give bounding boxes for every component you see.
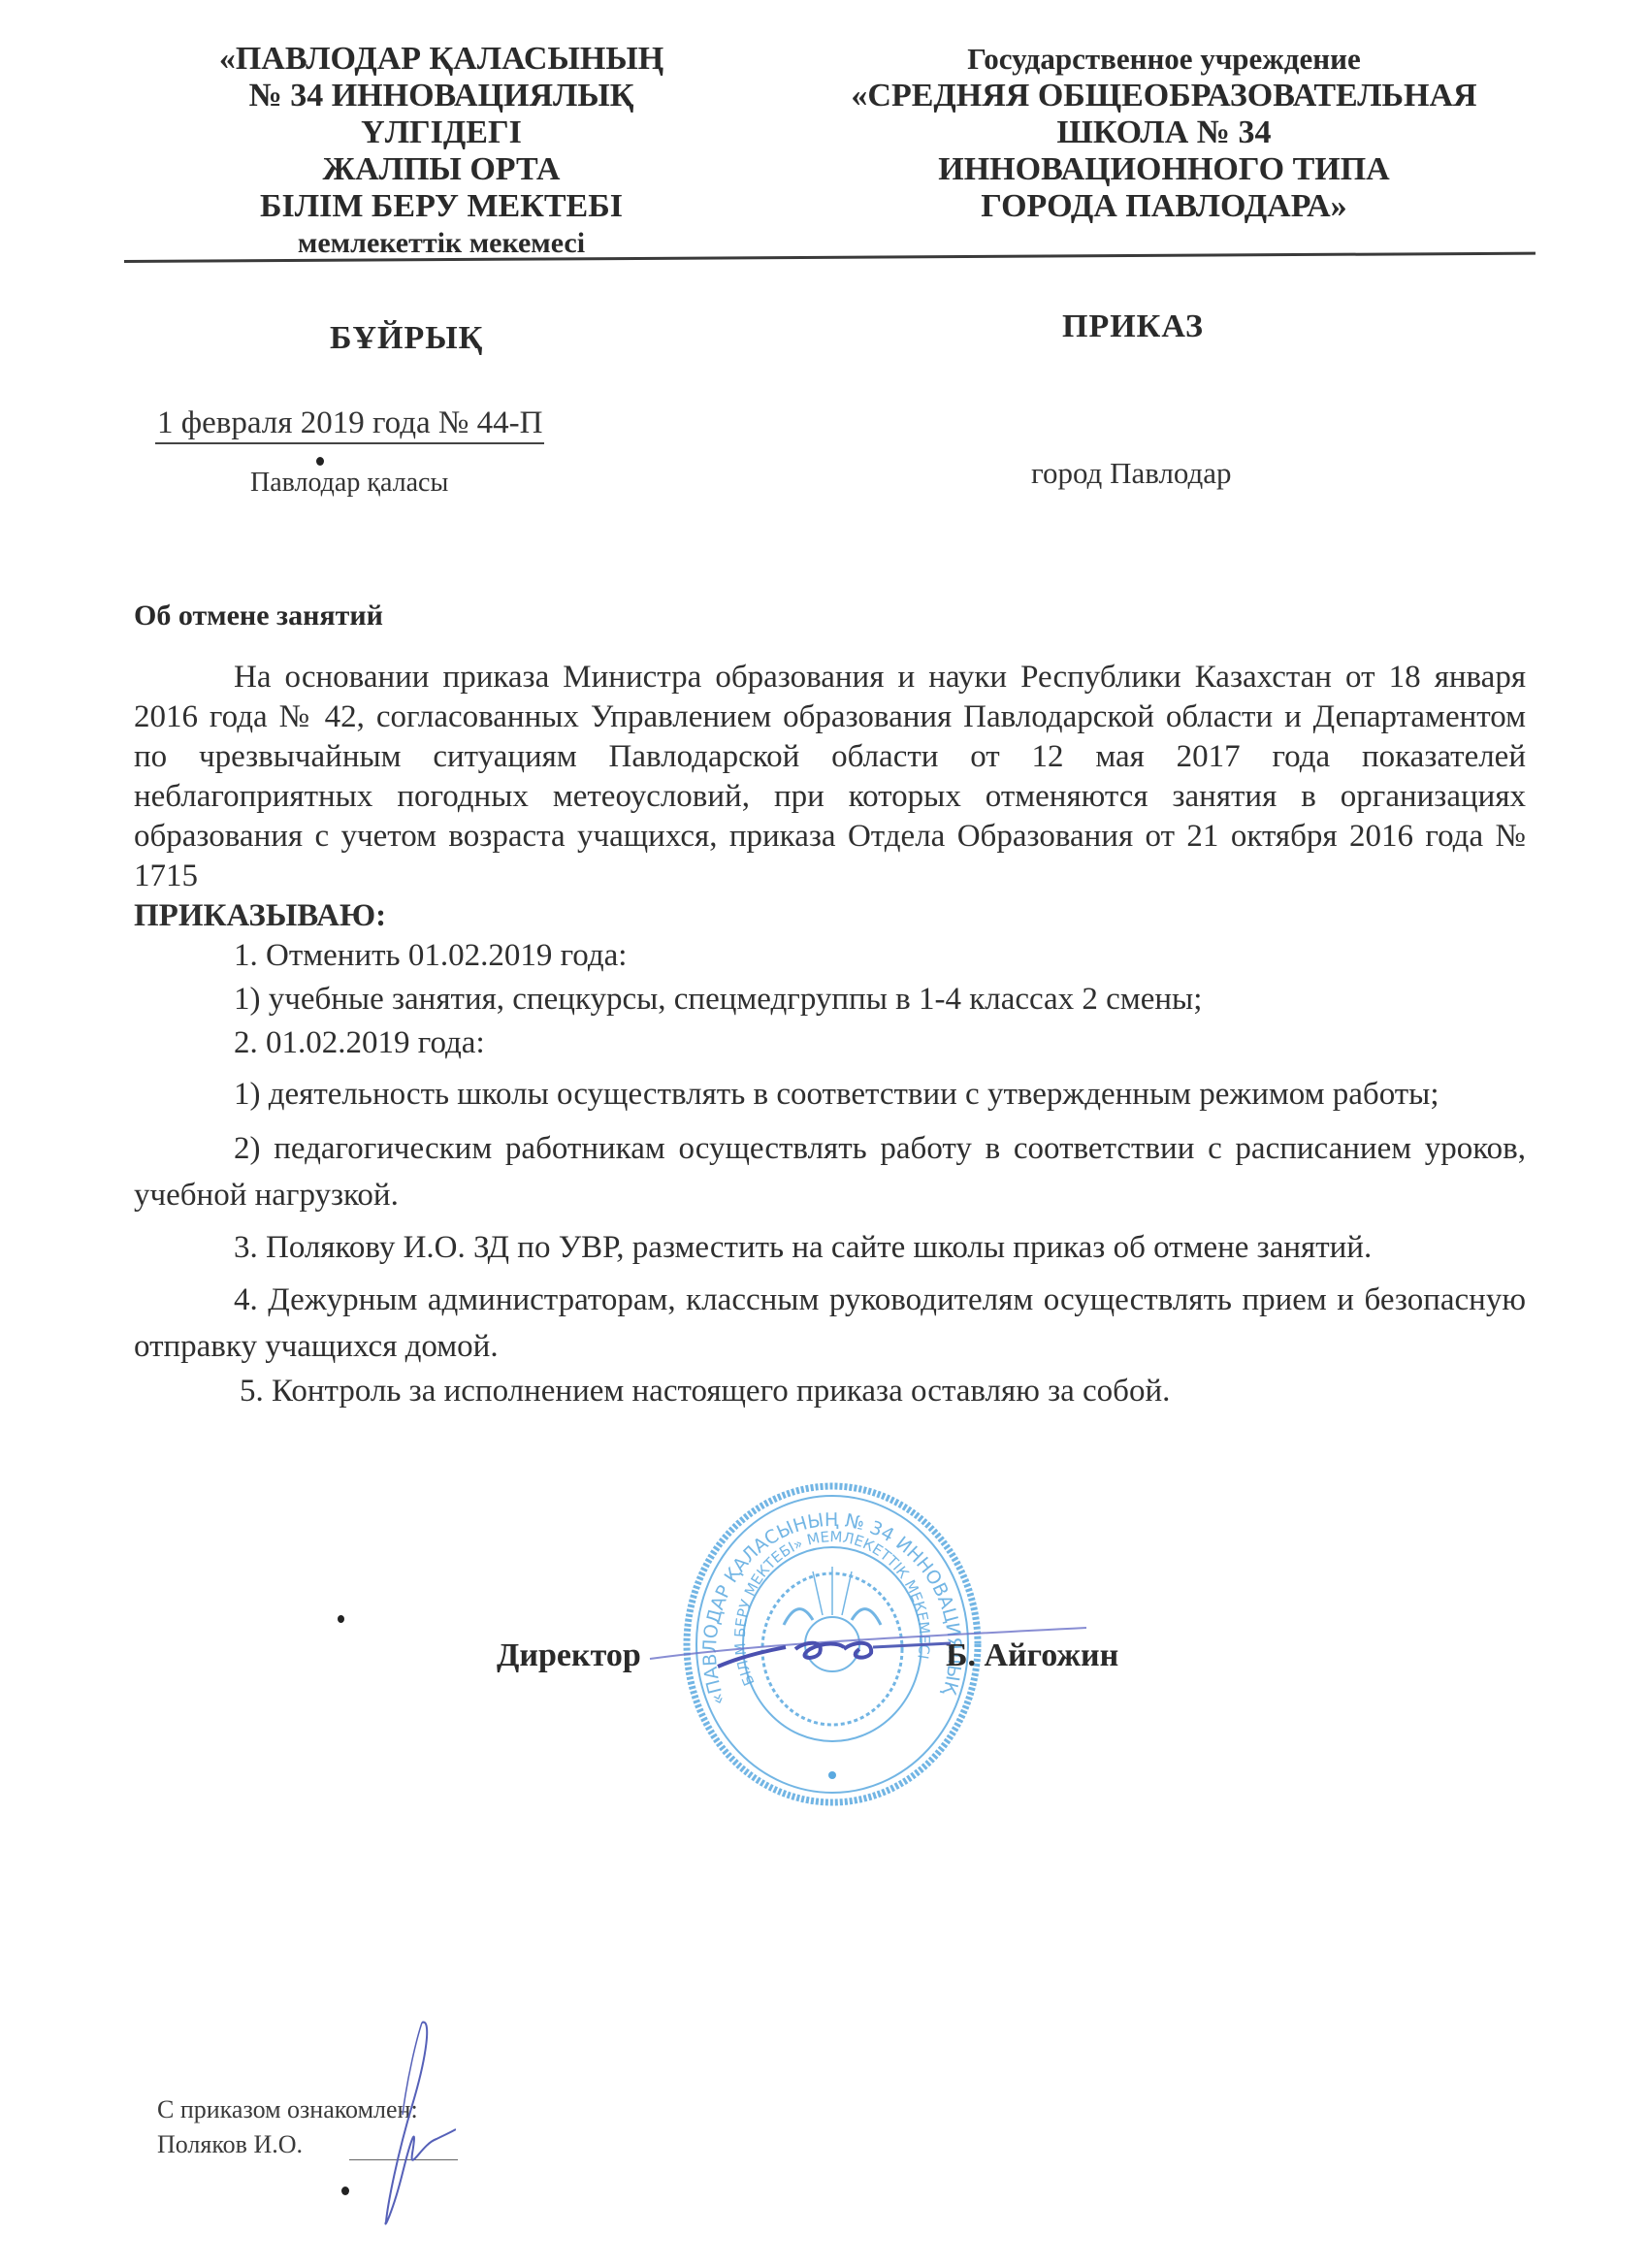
header-ru-line: Государственное учреждение bbox=[834, 41, 1494, 78]
order-item: 1) деятельность школы осуществлять в соо… bbox=[134, 1071, 1526, 1118]
order-item: 2) педагогическим работникам осуществлят… bbox=[134, 1125, 1526, 1218]
scan-speck bbox=[316, 457, 324, 466]
header-ru-line: ИННОВАЦИОННОГО ТИПА bbox=[834, 151, 1494, 188]
header-kz-line: № 34 ИННОВАЦИЯЛЫҚ ҮЛГІДЕГІ bbox=[170, 78, 713, 151]
order-title-ru: ПРИКАЗ bbox=[1062, 308, 1204, 345]
order-subject: Об отмене занятий bbox=[134, 599, 383, 632]
header-ru-line: «СРЕДНЯЯ ОБЩЕОБРАЗОВАТЕЛЬНАЯ bbox=[834, 78, 1494, 114]
director-signature-icon bbox=[640, 1610, 1086, 1678]
order-date-number: 1 февраля 2019 года № 44-П bbox=[155, 405, 544, 444]
order-title-kz: БҰЙРЫҚ bbox=[330, 320, 483, 357]
header-ru-line: ГОРОДА ПАВЛОДАРА» bbox=[834, 188, 1494, 225]
order-item: 1. Отменить 01.02.2019 года: bbox=[134, 936, 1526, 976]
order-body: На основании приказа Министра образовани… bbox=[134, 658, 1526, 1411]
preamble-paragraph: На основании приказа Министра образовани… bbox=[134, 658, 1526, 896]
header-kazakh-institution: «ПАВЛОДАР ҚАЛАСЫНЫҢ № 34 ИННОВАЦИЯЛЫҚ ҮЛ… bbox=[170, 41, 713, 262]
scan-speck bbox=[341, 2187, 349, 2195]
header-kz-line: ЖАЛПЫ ОРТА bbox=[170, 151, 713, 188]
header-kz-line: БІЛІМ БЕРУ МЕКТЕБІ bbox=[170, 188, 713, 225]
acknowledgement-person: Поляков И.О. bbox=[157, 2130, 303, 2159]
city-ru: город Павлодар bbox=[1031, 456, 1232, 491]
order-item: 3. Полякову И.О. ЗД по УВР, разместить н… bbox=[134, 1224, 1526, 1271]
signature-position: Директор bbox=[497, 1637, 641, 1674]
order-item: 5. Контроль за исполнением настоящего пр… bbox=[134, 1372, 1526, 1411]
header-russian-institution: Государственное учреждение «СРЕДНЯЯ ОБЩЕ… bbox=[834, 41, 1494, 225]
order-item: 1) учебные занятия, спецкурсы, спецмедгр… bbox=[134, 980, 1526, 1020]
city-kz: Павлодар қаласы bbox=[250, 468, 448, 499]
header-ru-line: ШКОЛА № 34 bbox=[834, 114, 1494, 151]
acknowledgement-signature-icon bbox=[359, 2018, 456, 2231]
order-item: 2. 01.02.2019 года: bbox=[134, 1023, 1526, 1063]
header-kz-line: «ПАВЛОДАР ҚАЛАСЫНЫҢ bbox=[170, 41, 713, 78]
scan-speck bbox=[338, 1615, 344, 1623]
orders-word: ПРИКАЗЫВАЮ: bbox=[134, 896, 1526, 936]
order-item: 4. Дежурным администраторам, классным ру… bbox=[134, 1277, 1526, 1370]
